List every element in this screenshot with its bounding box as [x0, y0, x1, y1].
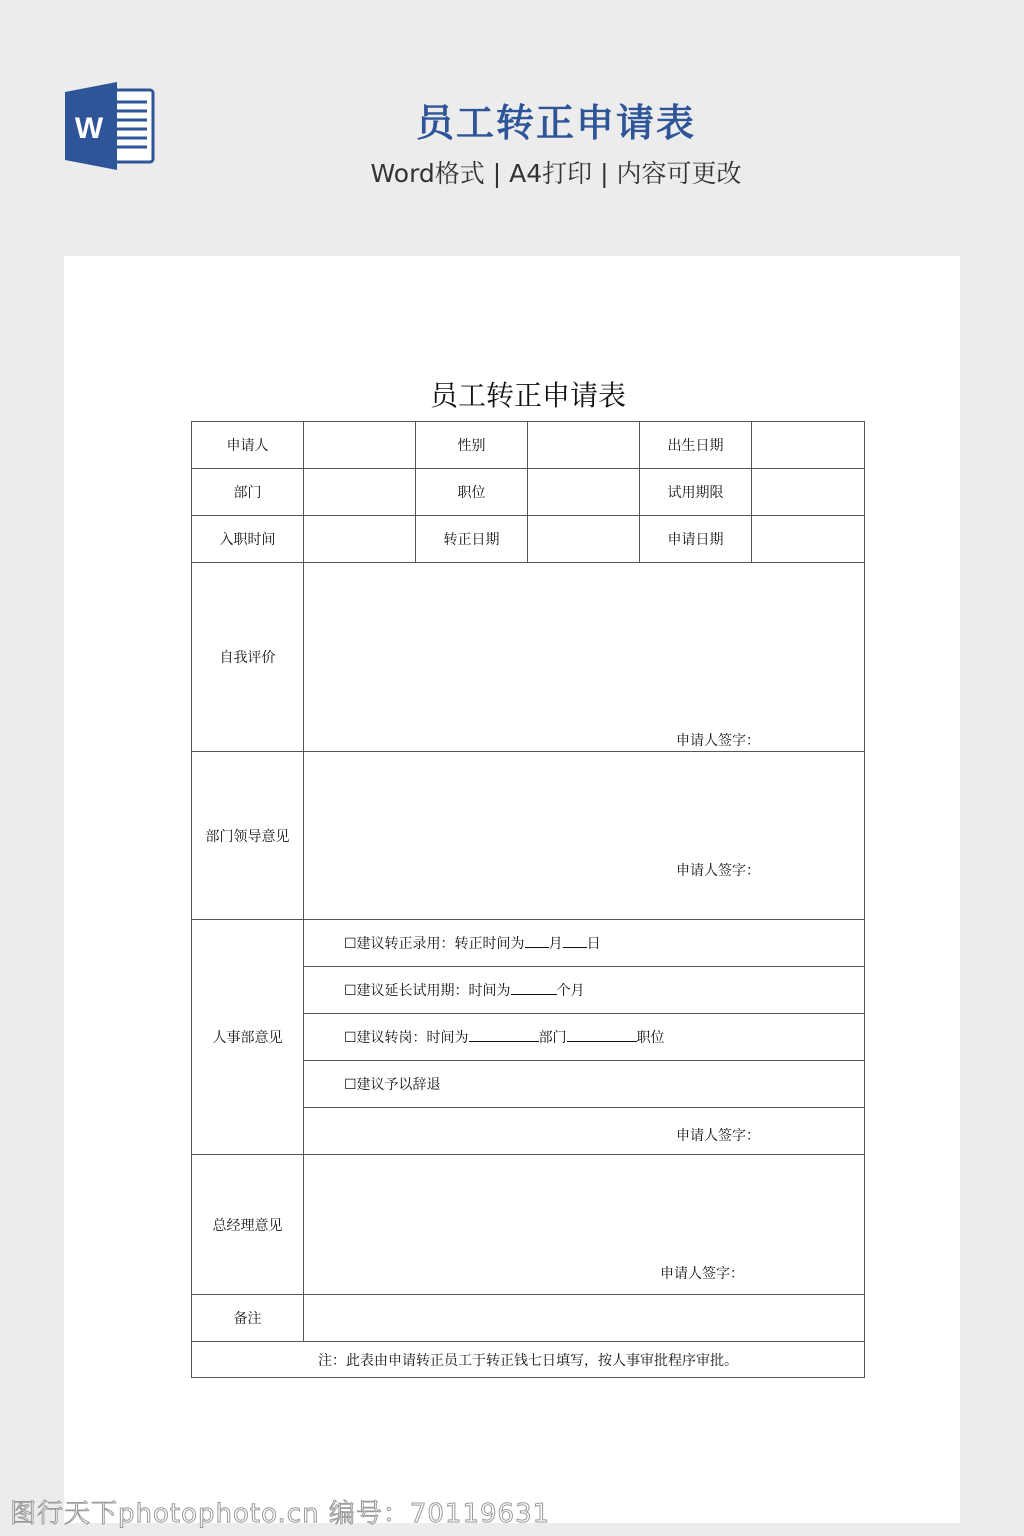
header-title: 员工转正申请表 [300, 92, 812, 147]
hr-option-regular[interactable]: ☐建议转正录用：转正时间为月日 [304, 920, 865, 967]
dept-leader-label: 部门领导意见 [192, 752, 304, 920]
hire-date-label: 入职时间 [192, 516, 304, 563]
option-regular-text: ☐建议转正录用：转正时间为 [344, 936, 525, 952]
regularization-date-field[interactable] [528, 516, 640, 563]
hr-label: 人事部意见 [192, 920, 304, 1155]
months-label: 个月 [557, 983, 585, 999]
self-evaluation-label: 自我评价 [192, 563, 304, 752]
remarks-label: 备注 [192, 1295, 304, 1342]
birthdate-label: 出生日期 [640, 422, 752, 469]
gm-field[interactable]: 申请人签字： [304, 1155, 865, 1295]
hr-signature: 申请人签字： [676, 1125, 760, 1145]
option-dismiss-text: ☐建议予以辞退 [344, 1077, 441, 1093]
regularization-date-label: 转正日期 [416, 516, 528, 563]
remarks-row: 备注 [192, 1295, 865, 1342]
probation-period-field[interactable] [752, 469, 865, 516]
hire-date-field[interactable] [304, 516, 416, 563]
document-page: 员工转正申请表 申请人 性别 出生日期 部门 职位 试用期限 入职时间 转正日期 [64, 256, 960, 1523]
svg-text:W: W [75, 112, 104, 145]
applicant-label: 申请人 [192, 422, 304, 469]
transfer-dept-label: 部门 [539, 1030, 567, 1046]
month-label: 月 [549, 936, 563, 952]
gm-row: 总经理意见 申请人签字： [192, 1155, 865, 1295]
info-row: 入职时间 转正日期 申请日期 [192, 516, 865, 563]
footnote-row: 注：此表由申请转正员工于转正钱七日填写，按人事审批程序审批。 [192, 1342, 865, 1378]
dept-leader-signature: 申请人签字： [676, 860, 760, 880]
gender-label: 性别 [416, 422, 528, 469]
application-form-table: 申请人 性别 出生日期 部门 职位 试用期限 入职时间 转正日期 申请日期 自我… [191, 421, 865, 1378]
gm-label: 总经理意见 [192, 1155, 304, 1295]
self-evaluation-signature: 申请人签字： [676, 730, 760, 750]
position-label: 职位 [416, 469, 528, 516]
birthdate-field[interactable] [752, 422, 865, 469]
remarks-field[interactable] [304, 1295, 865, 1342]
footnote: 注：此表由申请转正员工于转正钱七日填写，按人事审批程序审批。 [192, 1342, 865, 1378]
gender-field[interactable] [528, 422, 640, 469]
self-evaluation-field[interactable]: 申请人签字： [304, 563, 865, 752]
header-subtitle: Word格式 | A4打印 | 内容可更改 [300, 154, 812, 190]
application-date-label: 申请日期 [640, 516, 752, 563]
hr-option-dismiss[interactable]: ☐建议予以辞退 [304, 1061, 865, 1108]
probation-period-label: 试用期限 [640, 469, 752, 516]
applicant-field[interactable] [304, 422, 416, 469]
hr-option-transfer[interactable]: ☐建议转岗：时间为部门职位 [304, 1014, 865, 1061]
info-row: 申请人 性别 出生日期 [192, 422, 865, 469]
hr-option-row: 人事部意见 ☐建议转正录用：转正时间为月日 [192, 920, 865, 967]
dept-leader-row: 部门领导意见 申请人签字： [192, 752, 865, 920]
transfer-time-blank[interactable] [469, 1027, 539, 1042]
day-label: 日 [587, 936, 601, 952]
self-evaluation-row: 自我评价 申请人签字： [192, 563, 865, 752]
application-date-field[interactable] [752, 516, 865, 563]
transfer-position-label: 职位 [637, 1030, 665, 1046]
transfer-dept-blank[interactable] [567, 1027, 637, 1042]
department-label: 部门 [192, 469, 304, 516]
option-transfer-text: ☐建议转岗：时间为 [344, 1030, 469, 1046]
position-field[interactable] [528, 469, 640, 516]
months-blank[interactable] [511, 980, 557, 995]
gm-signature: 申请人签字： [660, 1263, 744, 1283]
dept-leader-field[interactable]: 申请人签字： [304, 752, 865, 920]
day-blank[interactable] [563, 933, 587, 948]
month-blank[interactable] [525, 933, 549, 948]
hr-signature-field[interactable]: 申请人签字： [304, 1108, 865, 1155]
document-title: 员工转正申请表 [192, 374, 864, 414]
info-row: 部门 职位 试用期限 [192, 469, 865, 516]
word-document-icon: W [65, 82, 155, 170]
watermark: 图行天下photophoto.cn 编号：70119631 [10, 1493, 550, 1530]
hr-option-extend[interactable]: ☐建议延长试用期：时间为个月 [304, 967, 865, 1014]
department-field[interactable] [304, 469, 416, 516]
option-extend-text: ☐建议延长试用期：时间为 [344, 983, 511, 999]
